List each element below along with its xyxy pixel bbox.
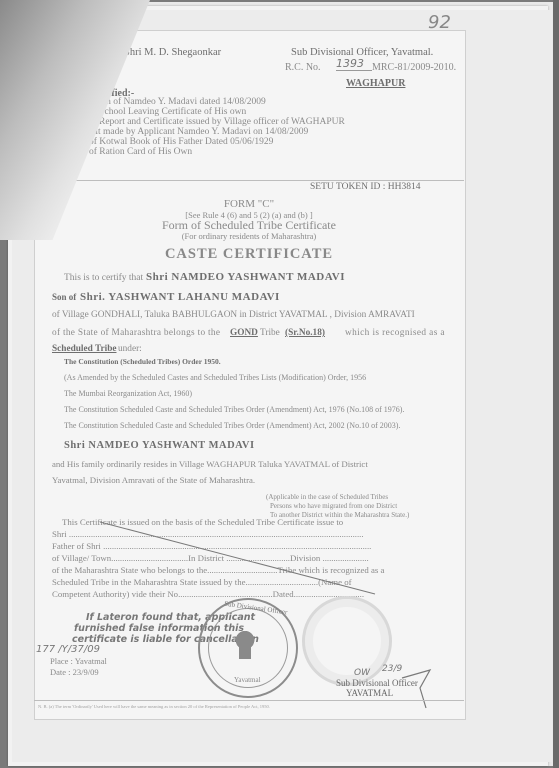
date: Date : 23/9/09 — [50, 667, 99, 677]
place: Place : Yavatmal — [50, 656, 107, 666]
national-emblem-icon — [234, 630, 256, 664]
signatory-designation: Sub Divisional Officer — [336, 678, 418, 688]
signature-scribble — [400, 668, 440, 713]
footer-divider — [34, 700, 464, 701]
signatory-place: YAVATMAL — [346, 688, 393, 698]
seal-text-bottom: Yavatmal — [234, 676, 261, 684]
outward-number: 177 /Y/37/09 — [36, 644, 100, 655]
signature-initials: OW — [354, 668, 370, 678]
footnote: N. B. (a) The term 'Ordinarily' Used her… — [38, 704, 270, 709]
faded-seal — [302, 596, 392, 686]
